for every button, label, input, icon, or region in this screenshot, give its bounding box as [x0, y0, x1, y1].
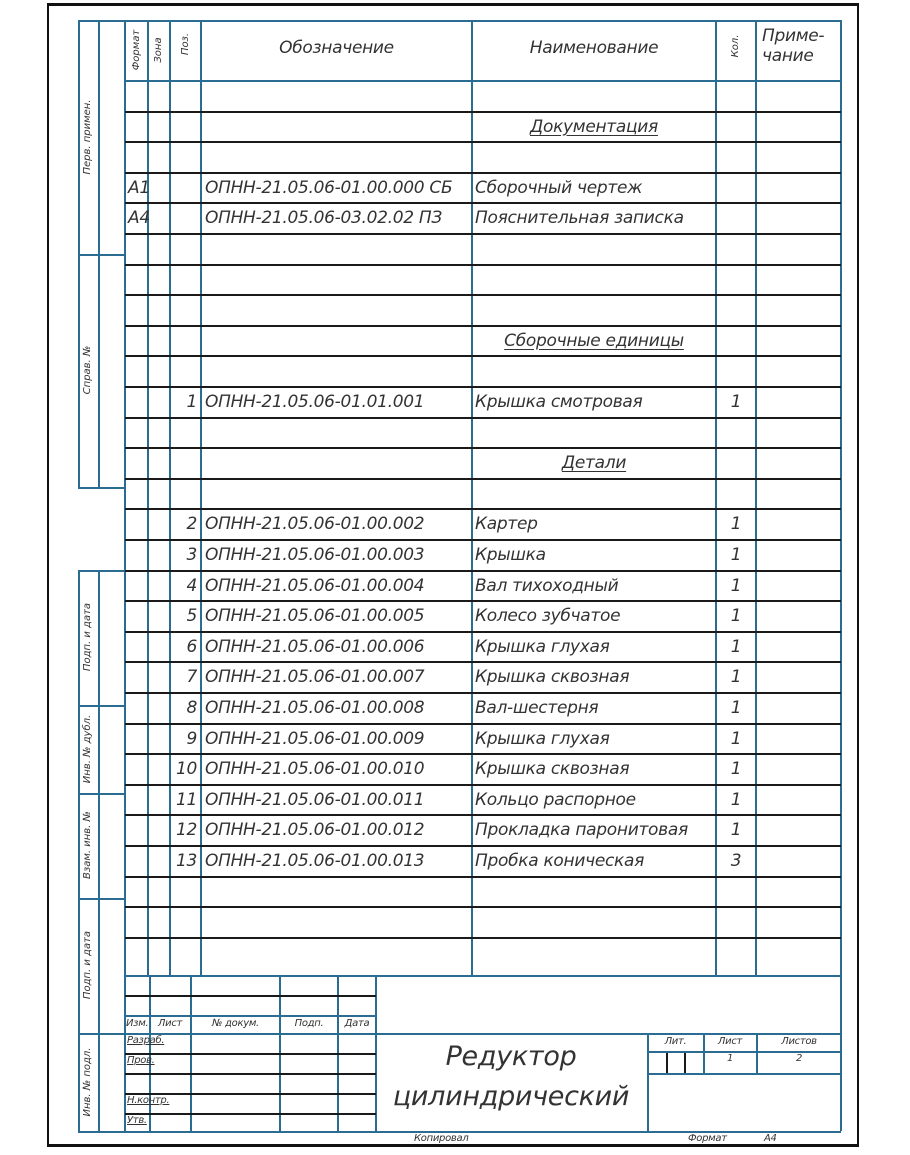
header-note-line1: Приме- [762, 26, 842, 48]
row-separator [125, 264, 841, 266]
row-position: 13 [170, 847, 197, 875]
drawing-title-line2: цилиндрический [376, 1082, 646, 1114]
row-name: Пробка коническая [475, 847, 716, 875]
tb-role: Пров. [127, 1055, 187, 1069]
tb-role: Утв. [127, 1115, 187, 1129]
row-quantity: 1 [716, 510, 756, 538]
row-position: 7 [170, 663, 197, 691]
side-label-sign-date-2: Подп. и дата [81, 900, 95, 1030]
strip-left-bottom [78, 570, 80, 1131]
tb-col-sheet: Лист [150, 1018, 190, 1032]
row-quantity: 1 [716, 725, 756, 753]
row-designation: ОПНН-21.05.06-01.00.004 [205, 572, 472, 600]
row-position: 6 [170, 633, 197, 661]
row-format: А4 [128, 204, 148, 232]
row-name: Крышка сквозная [475, 663, 716, 691]
footer-format-value: А4 [764, 1133, 794, 1149]
row-quantity: 1 [716, 541, 756, 569]
row-designation: ОПНН-21.05.06-01.00.010 [205, 755, 472, 783]
row-position: 4 [170, 572, 197, 600]
tb-col-date: Дата [338, 1018, 376, 1032]
row-separator [125, 233, 841, 235]
header-format: Формат [130, 22, 144, 78]
row-designation: ОПНН-21.05.06-01.00.008 [205, 694, 472, 722]
strip-div-1 [78, 254, 125, 256]
row-name: Вал-шестерня [475, 694, 716, 722]
row-designation: ОПНН-21.05.06-01.00.009 [205, 725, 472, 753]
tb-role: Н.контр. [127, 1095, 187, 1109]
frame-right [840, 20, 842, 1131]
row-position: 1 [170, 388, 197, 416]
row-position: 9 [170, 725, 197, 753]
row-name: Картер [475, 510, 716, 538]
row-quantity: 1 [716, 694, 756, 722]
row-name: Крышка смотровая [475, 388, 716, 416]
row-separator [125, 876, 841, 878]
row-separator [125, 906, 841, 908]
row-name: Крышка [475, 541, 716, 569]
side-label-ref-no: Справ. № [81, 270, 95, 470]
title-block-row [125, 1015, 376, 1017]
row-quantity: 1 [716, 816, 756, 844]
row-name: Прокладка паронитовая [475, 816, 716, 844]
row-name: Крышка глухая [475, 633, 716, 661]
side-label-first-use: Перв. примен. [81, 37, 95, 237]
tb-sheets-value: 2 [757, 1053, 841, 1071]
row-separator [125, 355, 841, 357]
row-quantity: 3 [716, 847, 756, 875]
row-name: Колесо зубчатое [475, 602, 716, 630]
header-designation: Обозначение [201, 38, 472, 62]
header-pos: Поз. [179, 24, 193, 64]
tb-role: Разраб. [127, 1035, 187, 1049]
header-zone: Зона [152, 22, 166, 78]
row-designation: ОПНН-21.05.06-01.00.002 [205, 510, 472, 538]
row-position: 3 [170, 541, 197, 569]
section-heading: Сборочные единицы [472, 327, 716, 355]
tb-sheet-label: Лист [704, 1036, 756, 1050]
row-position: 11 [170, 786, 197, 814]
row-quantity: 1 [716, 786, 756, 814]
row-separator [125, 478, 841, 480]
row-designation: ОПНН-21.05.06-01.00.007 [205, 663, 472, 691]
title-block-label-line [125, 1033, 841, 1035]
row-separator [125, 417, 841, 419]
header-bottom-line [125, 80, 841, 82]
row-designation: ОПНН-21.05.06-03.02.02 ПЗ [205, 204, 472, 232]
row-designation: ОПНН-21.05.06-01.00.003 [205, 541, 472, 569]
row-separator [125, 937, 841, 939]
strip-top [78, 20, 125, 22]
row-designation: ОПНН-21.05.06-01.00.005 [205, 602, 472, 630]
row-designation: ОПНН-21.05.06-01.00.006 [205, 633, 472, 661]
row-quantity: 1 [716, 633, 756, 661]
row-designation: ОПНН-21.05.06-01.00.011 [205, 786, 472, 814]
row-quantity: 1 [716, 388, 756, 416]
row-designation: ОПНН-21.05.06-01.00.012 [205, 816, 472, 844]
header-note-line2: чание [762, 46, 842, 68]
row-name: Кольцо распорное [475, 786, 716, 814]
tb-col-change: Изм. [126, 1018, 152, 1032]
row-quantity: 1 [716, 572, 756, 600]
row-position: 12 [170, 816, 197, 844]
frame-left [124, 20, 126, 1131]
row-position: 10 [170, 755, 197, 783]
lit-cell-divider [684, 1053, 686, 1073]
strip-div-2 [78, 487, 125, 489]
footer-format-label: Формат [688, 1133, 748, 1149]
row-quantity: 1 [716, 755, 756, 783]
row-position: 5 [170, 602, 197, 630]
tb-sheet-value: 1 [704, 1053, 756, 1071]
lit-cell-divider [666, 1053, 668, 1073]
row-name: Крышка сквозная [475, 755, 716, 783]
section-heading: Детали [472, 449, 716, 477]
row-format: А1 [128, 174, 148, 202]
row-designation: ОПНН-21.05.06-01.00.000 СБ [205, 174, 472, 202]
row-name: Пояснительная записка [475, 204, 716, 232]
row-designation: ОПНН-21.05.06-01.00.013 [205, 847, 472, 875]
row-name: Вал тихоходный [475, 572, 716, 600]
row-separator [125, 141, 841, 143]
row-quantity: 1 [716, 663, 756, 691]
strip-mid-bottom [98, 570, 100, 1131]
row-position: 8 [170, 694, 197, 722]
tb-lit-label: Лит. [648, 1036, 703, 1050]
row-name: Крышка глухая [475, 725, 716, 753]
tb-right-row [648, 1073, 841, 1075]
side-label-replace-inv: Взам. инв. № [81, 794, 95, 896]
side-label-inv-dup: Инв. № дубл. [81, 706, 95, 792]
side-label-sign-date-1: Подп. и дата [81, 572, 95, 702]
tb-col-sign: Подп. [280, 1018, 338, 1032]
row-name: Сборочный чертеж [475, 174, 716, 202]
row-position: 2 [170, 510, 197, 538]
tb-col-doc-no: № докум. [191, 1018, 280, 1032]
tb-sheets-label: Листов [757, 1036, 841, 1050]
header-name: Наименование [472, 38, 716, 62]
drawing-title-line1: Редуктор [376, 1042, 646, 1074]
title-block-row [125, 995, 376, 997]
section-heading: Документация [472, 113, 716, 141]
row-quantity: 1 [716, 602, 756, 630]
title-block-row [125, 1073, 376, 1075]
row-separator [125, 294, 841, 296]
footer-copied: Копировал [414, 1133, 534, 1149]
frame-top [125, 20, 841, 22]
title-block-top [125, 975, 841, 977]
side-label-inv-orig: Инв. № подл. [81, 1034, 95, 1130]
column-divider [147, 20, 149, 975]
row-designation: ОПНН-21.05.06-01.01.001 [205, 388, 472, 416]
column-divider [200, 20, 202, 975]
header-qty: Кол. [729, 26, 743, 66]
